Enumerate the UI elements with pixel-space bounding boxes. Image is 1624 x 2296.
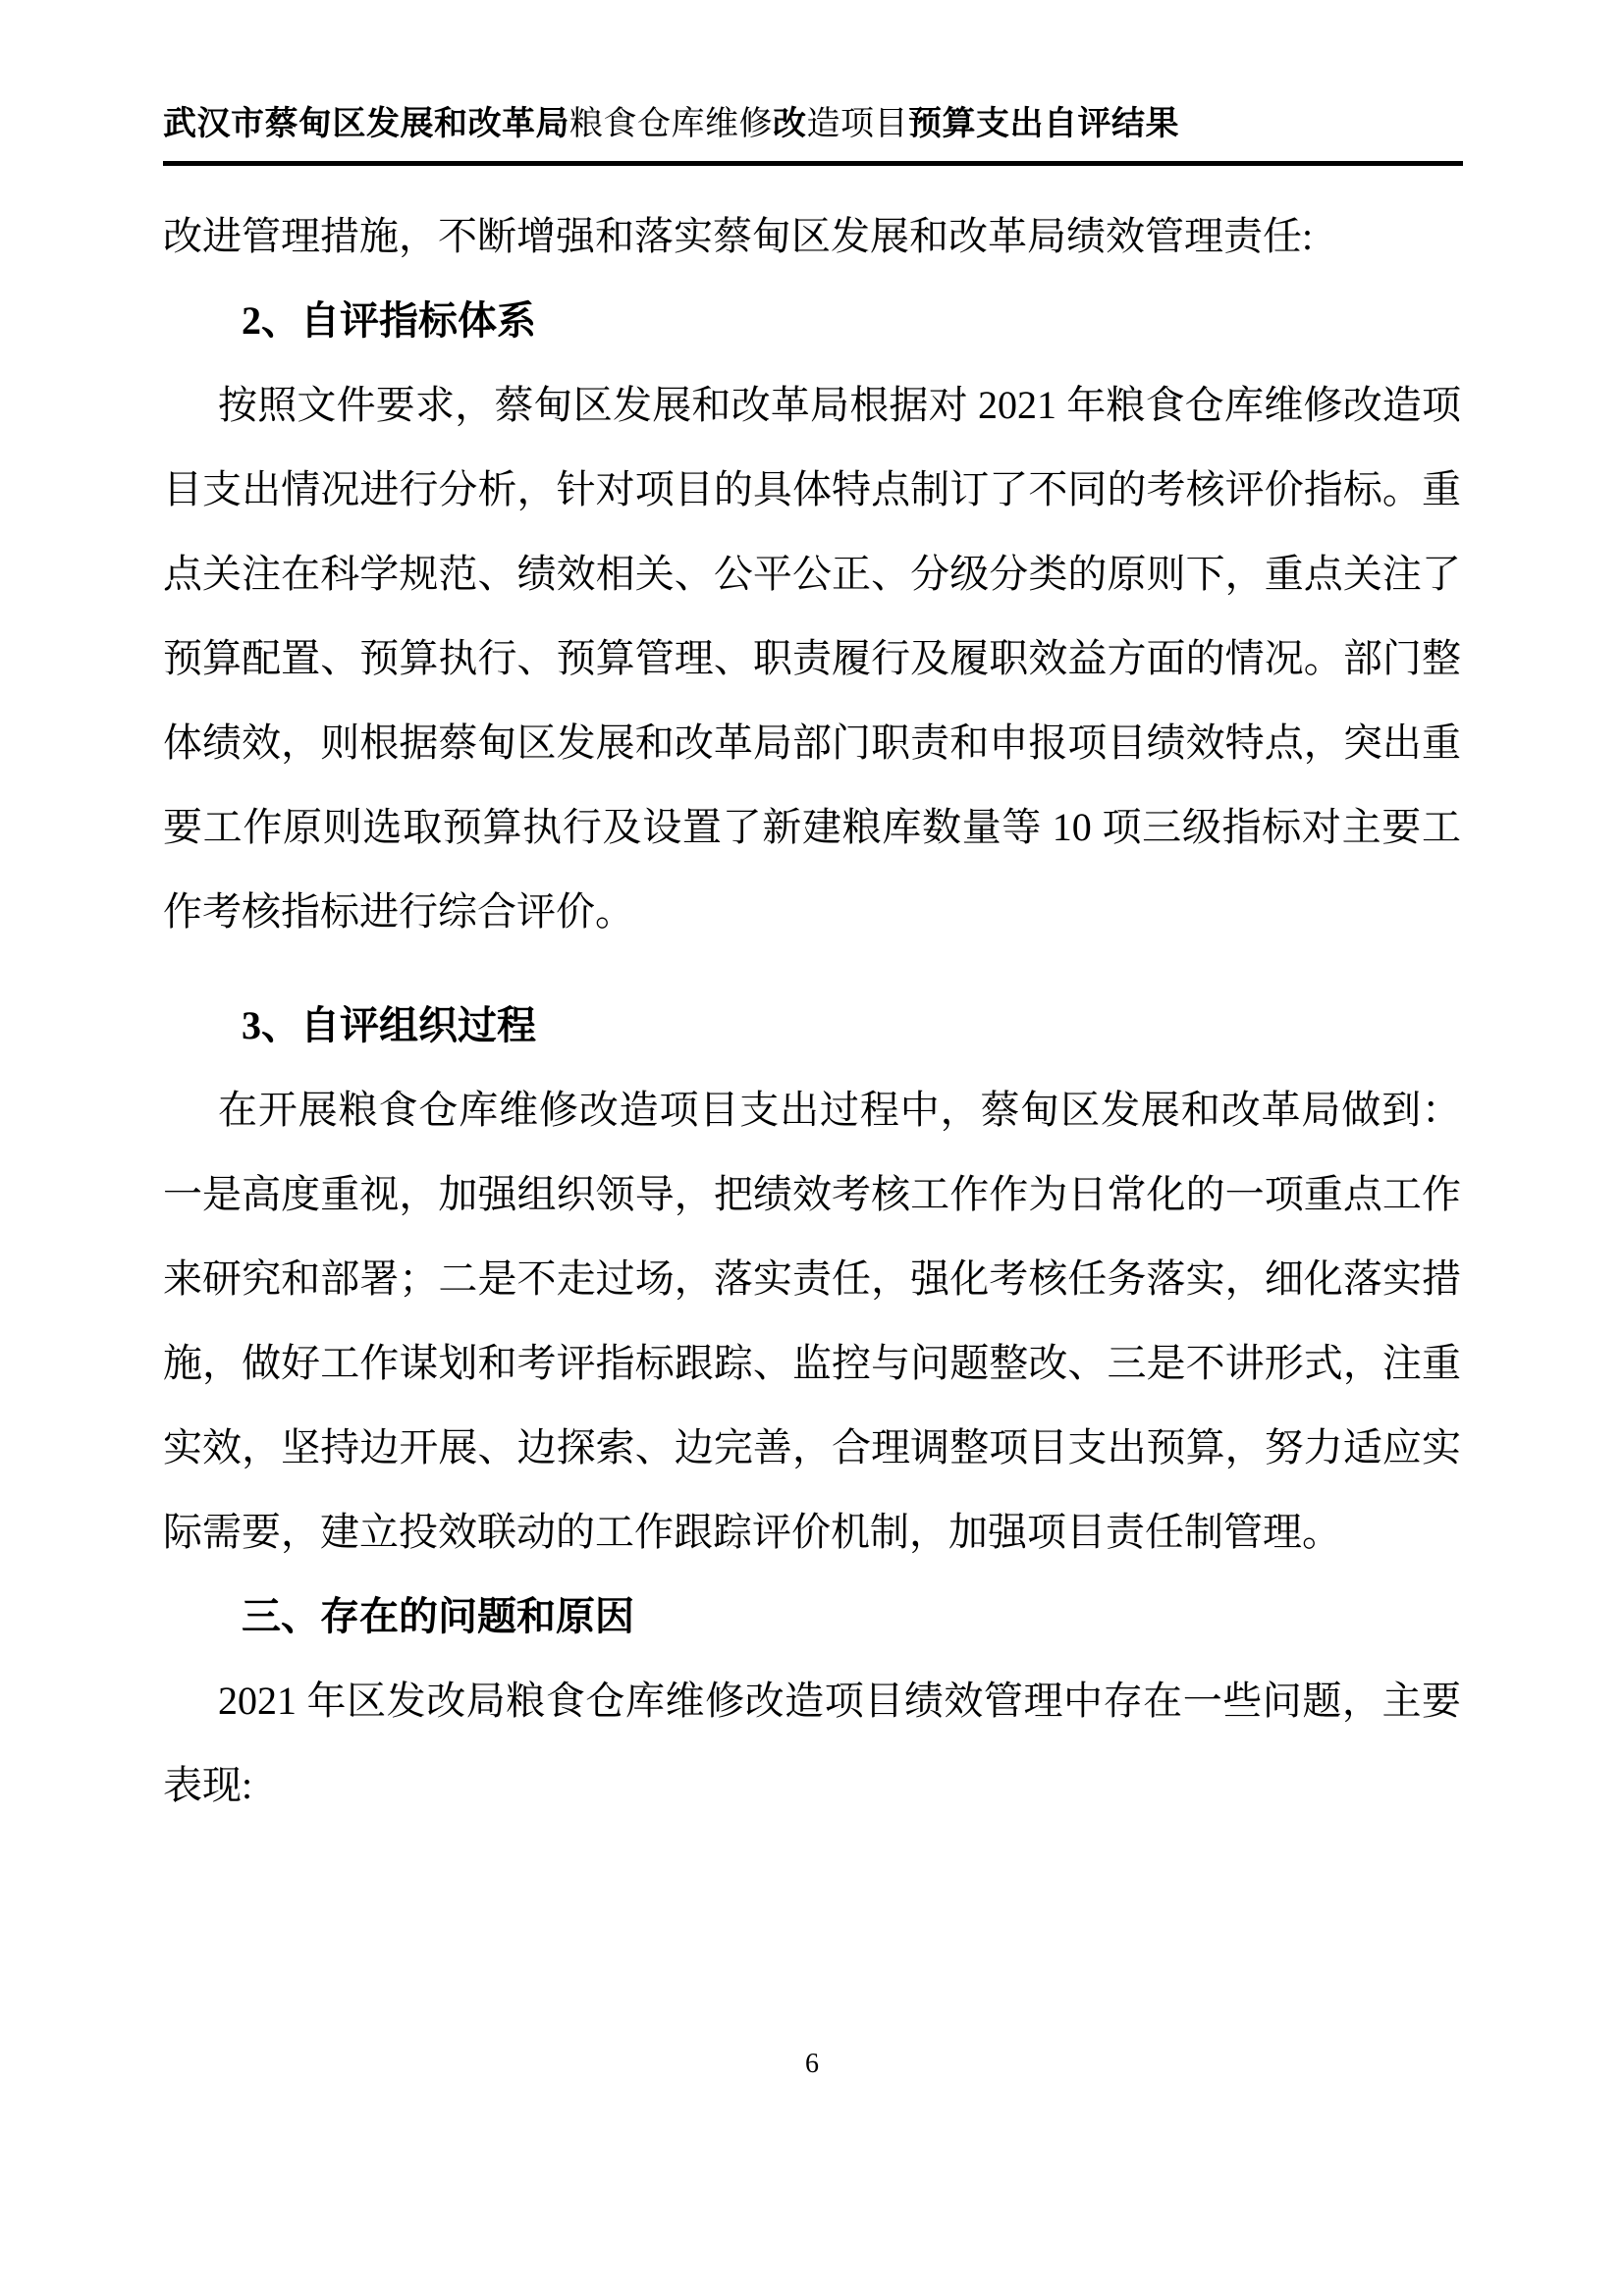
section-heading-organization-process: 3、自评组织过程 <box>163 984 1461 1068</box>
header-title-segment: 武汉市蔡甸区发展和改革局 <box>163 106 569 142</box>
paragraph-organization-process: 在开展粮食仓库维修改造项目支出过程中，蔡甸区发展和改革局做到：一是高度重视，加强… <box>163 1068 1461 1575</box>
paragraph-problems-intro: 2021 年区发改局粮食仓库维修改造项目绩效管理中存在一些问题，主要表现: <box>163 1659 1461 1828</box>
section-heading-indicator-system: 2、自评指标体系 <box>163 279 1461 363</box>
section-heading-problems-causes: 三、存在的问题和原因 <box>163 1575 1461 1659</box>
header-title-segment: 改 <box>773 106 807 142</box>
header-title-segment: 造项目 <box>807 106 909 142</box>
document-body: 改进管理措施，不断增强和落实蔡甸区发展和改革局绩效管理责任: 2、自评指标体系 … <box>163 194 1461 1828</box>
page-footer: 6 <box>0 2048 1624 2081</box>
paragraph-indicator-system: 按照文件要求，蔡甸区发展和改革局根据对 2021 年粮食仓库维修改造项目支出情况… <box>163 363 1461 954</box>
document-page: 武汉市蔡甸区发展和改革局粮食仓库维修改造项目预算支出自评结果 改进管理措施，不断… <box>0 0 1624 2296</box>
header-title-segment: 粮食仓库维修 <box>569 106 773 142</box>
page-number: 6 <box>805 2049 819 2079</box>
paragraph-continuation: 改进管理措施，不断增强和落实蔡甸区发展和改革局绩效管理责任: <box>163 194 1461 279</box>
page-header: 武汉市蔡甸区发展和改革局粮食仓库维修改造项目预算支出自评结果 <box>163 102 1463 166</box>
header-title-segment: 预算支出自评结果 <box>908 106 1179 142</box>
